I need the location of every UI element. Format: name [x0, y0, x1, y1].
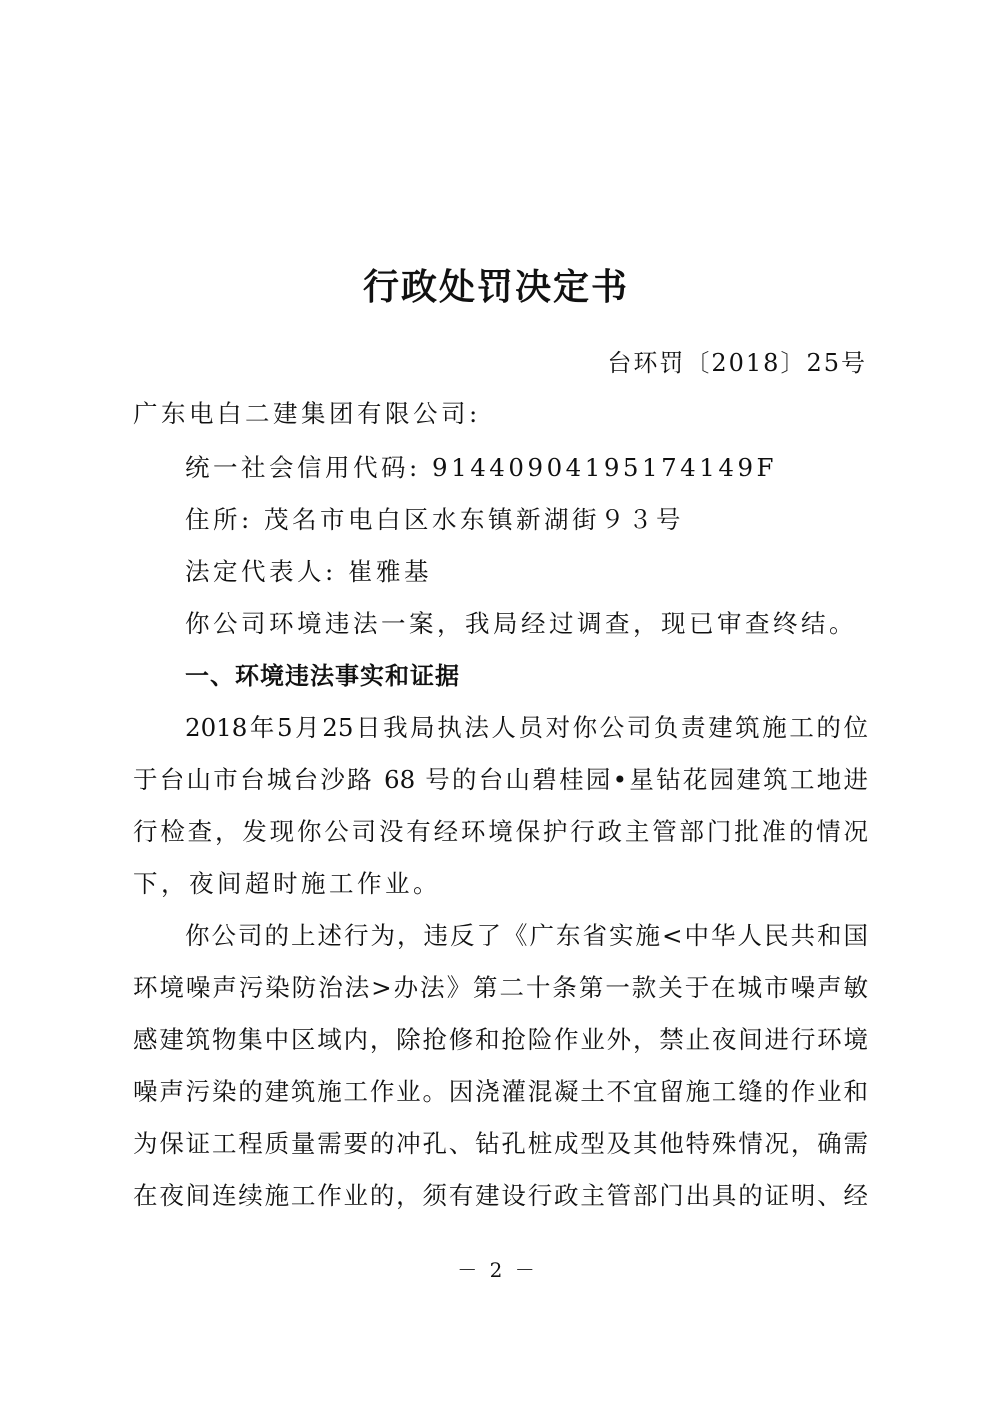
paragraph-line: 环境噪声污染防治法>办法》第二十条第一款关于在城市噪声敏 [133, 970, 868, 1006]
paragraph-line: 下，夜间超时施工作业。 [133, 866, 868, 902]
address: 住所: 茂名市电白区水东镇新湖街９３号 [185, 502, 868, 538]
paragraph-line: 行检查，发现你公司没有经环境保护行政主管部门批准的情况 [133, 814, 868, 850]
document-title: 行政处罚决定书 [0, 262, 992, 312]
paragraph-line: 为保证工程质量需要的冲孔、钻孔桩成型及其他特殊情况，确需 [133, 1126, 868, 1162]
recipient-name: 广东电白二建集团有限公司: [133, 396, 868, 432]
section-heading: 一、环境违法事实和证据 [185, 658, 868, 694]
paragraph-line: 于台山市台城台沙路 68 号的台山碧桂园•星钻花园建筑工地进 [133, 762, 868, 798]
intro-text: 你公司环境违法一案，我局经过调查，现已审查终结。 [185, 606, 868, 642]
credit-code: 统一社会信用代码: 91440904195174149F [185, 450, 868, 486]
document-number: 台环罚〔2018〕25号 [607, 345, 867, 381]
paragraph-line: 2018年5月25日我局执法人员对你公司负责建筑施工的位 [185, 710, 868, 746]
legal-representative: 法定代表人: 崔雅基 [185, 554, 868, 590]
paragraph-line: 在夜间连续施工作业的，须有建设行政主管部门出具的证明、经 [133, 1178, 868, 1214]
paragraph-line: 感建筑物集中区域内，除抢修和抢险作业外，禁止夜间进行环境 [133, 1022, 868, 1058]
paragraph-line: 噪声污染的建筑施工作业。因浇灌混凝土不宜留施工缝的作业和 [133, 1074, 868, 1110]
page-number: － 2 － [0, 1256, 992, 1284]
document-page: 行政处罚决定书 台环罚〔2018〕25号 广东电白二建集团有限公司: 统一社会信… [0, 0, 992, 1403]
paragraph-line: 你公司的上述行为，违反了《广东省实施<中华人民共和国 [185, 918, 868, 954]
